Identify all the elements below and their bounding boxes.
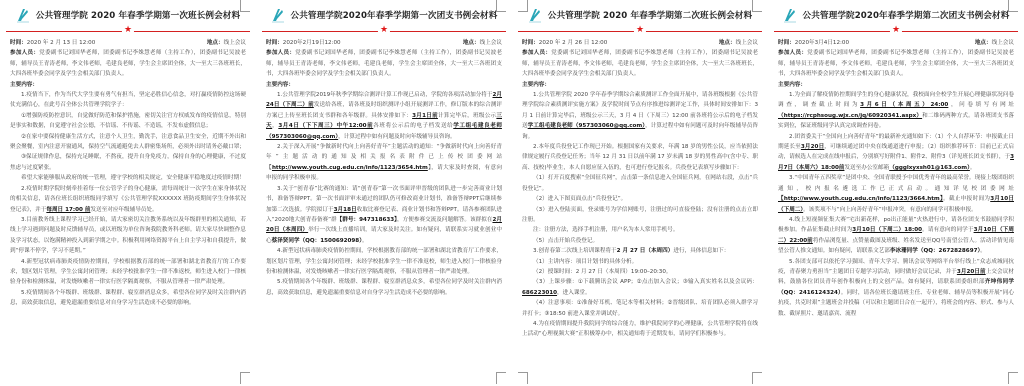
time-label: 时间： xyxy=(778,40,795,46)
paragraph: 3.关于“创青春”比赛的通知：请“创青春”第一次书面评审晋级的团队进一步完善商业… xyxy=(266,184,502,246)
page-title: 公共管理学院2020年春季学期第一次团支书例会材料 xyxy=(291,9,498,21)
deadline: 每周日 17:00 前 xyxy=(46,207,90,213)
meeting-time: 2020年3月4日12:00 xyxy=(795,40,849,46)
page-title: 公共管理学院 2020 年春季学期第一次班长例会材料 xyxy=(36,9,240,21)
paragraph: 4.新型冠状病毒肺炎疫情防控期间，学校根据教育部的统一部署和湖北省教育厅的工作要… xyxy=(10,257,246,288)
red-divider: ★ xyxy=(6,27,250,35)
school-logo-icon xyxy=(528,7,542,23)
page-header: 公共管理学院2020年春季学期第一次团支书例会材料 xyxy=(256,6,512,24)
paragraph: 希望大家能够服从政府的统一管理，遵守学校的相关规定，安全健康平稳地度过疫情时期！ xyxy=(10,173,246,183)
step: （1）主讲内容：项目计划书的具体分析。 xyxy=(522,257,758,267)
page-title: 公共管理学院2020年春季学期第二次团支书例会材料 xyxy=(803,9,1010,21)
paragraph: 2.团省委关于“全国向上向善好青年”的最新补充通知如下：（1）个人自荐环节：申报… xyxy=(778,132,1014,174)
paragraph: 4.为在疫情期间提升我院同学的综合能力，维护我院同学的心理健康，公共管理学院将在… xyxy=(522,319,758,340)
page-header: 公共管理学院 2020 年春季学期第一次班长例会材料 xyxy=(0,6,256,24)
meeting-time: 2020年2月19日12:00 xyxy=(283,40,341,46)
document-page-3: 公共管理学院 2020 年春季学期第二次班长例会材料 ★ 时间：2020 年 2… xyxy=(512,0,768,386)
page-body: 时间：2020年2月19日12:00 地点：线上会议 参加人员：党委副书记刘国华… xyxy=(266,38,502,298)
youth-website-link[interactable]: 【http://www.youth.cug.edu.cn/info/1123/3… xyxy=(778,196,943,202)
paragraph: 2.关于深入开展“争做新时代向上向善好青年”主题活动的通知：“争做新时代向上向善… xyxy=(266,142,502,184)
paragraph: 1.公共管理学院2019年秋季学期综合测评计算工作现已启动，学院的各项活动加分将… xyxy=(266,90,502,142)
meeting-place: 线上会议 xyxy=(224,40,246,46)
paragraph: 1.疫情当下，作为当代大学生要有勇气有担当，坚定必胜信心信念，对打赢疫情防控这场… xyxy=(10,90,246,111)
meeting-time: 2020 年 2 月 26 日 12:00 xyxy=(539,40,607,46)
survey-link[interactable]: （https://rcphsoug.wjx.cn/jq/60920341.asp… xyxy=(778,113,922,119)
paragraph: 1.公共管理学院 2020 学年春季学期综合素质测评工作全面开展中，请各班级根据… xyxy=(522,90,758,142)
office-email-link[interactable]: （ggglxyxsh01@163.com） xyxy=(889,165,970,171)
content-heading: 主要内容： xyxy=(778,80,1014,90)
place-label: 地点： xyxy=(463,40,480,46)
paragraph: ②在家中要保持健康生活方式，注意个人卫生，勤洗手，注意食品卫生安全，近期不外出和… xyxy=(10,132,246,153)
paragraph: 4.新型冠状病毒肺炎疫情防控期间，学校根据教育部的统一部署和湖北省教育厅工作要求… xyxy=(266,246,502,277)
time-label: 时间： xyxy=(266,40,283,46)
page-corner-mark xyxy=(1008,372,1018,384)
attendees: 参加人员：党委副书记刘国华老师，团委副书记李姝慧老师（主持工作），团委副书记吴波… xyxy=(266,48,502,79)
page-header: 公共管理学院 2020 年春季学期第二次班长例会材料 xyxy=(512,6,768,24)
place-label: 地点： xyxy=(719,40,736,46)
paragraph: 4.线上短视频征集大赛“宅出新花样，po出正能量”火热进行中，请各位团支书鼓励同… xyxy=(778,215,1014,257)
paragraph: ①增强防疫防控意识，自觉做好防范和保护措施，密切关注官方权威发布的疫情信息，特别… xyxy=(10,111,246,132)
contact-person: 李冰珊同学（QQ：2672828697） xyxy=(890,248,980,254)
page-corner-mark xyxy=(752,372,762,384)
red-divider: ★ xyxy=(774,27,1018,35)
step: （2）授课时间：2 月 27 日（本周四）19:00–20:30。 xyxy=(522,267,758,277)
place-label: 地点： xyxy=(975,40,992,46)
page-corner-mark xyxy=(496,372,506,384)
paragraph: 5.各团支部可以依托学习强国、青年大学习、腾讯会议等网络平台举行线上“众志成城同… xyxy=(778,257,1014,319)
content-heading: 主要内容： xyxy=(522,80,758,90)
page-header: 公共管理学院2020年春季学期第二次团支书例会材料 xyxy=(768,6,1024,24)
meeting-place: 线上会议 xyxy=(736,40,758,46)
meeting-time: 2020 年 2 月 13 日 12:00 xyxy=(27,40,95,46)
content-heading: 主要内容： xyxy=(266,80,502,90)
paragraph: 1.为全面了解疫情防控期间学生的身心健康状况，我校面向全校学生开展心理健康状况问… xyxy=(778,90,1014,132)
attendees: 参加人员：党委副书记刘国华老师，团委副书记李姝慧老师（主持工作），团委副书记吴波… xyxy=(778,48,1014,79)
paragraph: 2.本年度兵役登记工作现已开始。根据国家有关要求，年满 18 岁的男性公民，应当… xyxy=(522,142,758,173)
step: （3）进入登陆页面，登录账号为学信网账号，注册过的可直接登陆；没有注册的点击立即… xyxy=(522,205,758,226)
page-body: 时间：2020 年 2 月 13 日 12:00 地点：线上会议 参加人员：党委… xyxy=(10,38,246,309)
paragraph: 3.创青春第二次线上培训课程将于2 月 27 日（本周四）进行，具体信息如下： xyxy=(522,246,758,256)
time-label: 时间： xyxy=(10,40,27,46)
step: （1）打开百度搜索“全国征兵网”，点击第一条信息进入全国征兵网，在网站右段，点击… xyxy=(522,173,758,194)
step: 注：注册方法，选择手机注册，用户名为本人常用手机号。 xyxy=(522,225,758,235)
teacher-email-link[interactable]: 学工组毛建良老师（957303060@qq.com） xyxy=(528,123,645,129)
school-logo-icon xyxy=(271,7,285,23)
document-strip: 公共管理学院 2020 年春季学期第一次班长例会材料 ★ 时间：2020 年 2… xyxy=(0,0,1024,386)
group-number: 【群号：947318633】 xyxy=(337,217,397,223)
meta-row: 时间：2020 年 2 月 13 日 12:00 地点：线上会议 xyxy=(10,38,246,48)
star-icon: ★ xyxy=(122,26,134,35)
place-label: 地点： xyxy=(207,40,224,46)
youth-website-link[interactable]: http://www.youth.cug.edu.cn/info/1123/36… xyxy=(272,165,428,171)
contact-person: 蔡泽贤同学（QQ：1500692098） xyxy=(272,238,362,244)
star-icon: ★ xyxy=(890,26,902,35)
document-page-4: 公共管理学院2020年春季学期第二次团支书例会材料 ★ 时间：2020年3月4日… xyxy=(768,0,1024,386)
step: （2）进入下图页面点击“兵役登记”。 xyxy=(522,194,758,204)
paragraph: 2.疫情时期学院时刻牵挂着每一位公管学子的身心健康，需每周统计一次学生在家身体状… xyxy=(10,184,246,215)
school-logo-icon xyxy=(783,7,797,23)
paragraph: 3.“中国青年五四奖章”是团中央、全国青联授予中国优秀青年的最高荣誉。现接上级团… xyxy=(778,173,1014,215)
step: （3）上课步骤：①下载腾讯会议 APP；②点击加入会议；③输入真实姓名以及会议码… xyxy=(522,277,758,298)
page-corner-mark xyxy=(240,372,250,384)
page-body: 时间：2020 年 2 月 26 日 12:00 地点：线上会议 参加人员：党委… xyxy=(522,38,758,340)
meta-row: 时间：2020 年 2 月 26 日 12:00 地点：线上会议 xyxy=(522,38,758,48)
page-body: 时间：2020年3月4日12:00 地点：线上会议 参加人员：党委副书记刘国华老… xyxy=(778,38,1014,319)
star-icon: ★ xyxy=(634,26,646,35)
meeting-code: 686223010 xyxy=(522,290,557,296)
paragraph: 5.疫情期间各个年级群、班级群、课程群、寝室群消息众多，希望各位同学及时关注群内… xyxy=(266,277,502,298)
paragraph: 5.疫情期间各个年级群、班级群、课程群、寝室群消息众多，希望各位同学及时关注群内… xyxy=(10,288,246,309)
attendees: 参加人员：党委副书记刘国华老师，团委副书记李姝慧老师（主持工作），团委副书记吴波… xyxy=(10,48,246,79)
paragraph: ③保证规律作息，保持充足睡眠，不熬夜，提升自身免疫力，保持自身的心理健康，不过度… xyxy=(10,152,246,173)
red-divider: ★ xyxy=(518,27,762,35)
time-label: 时间： xyxy=(522,40,539,46)
step: （5）点击开始兵役登记。 xyxy=(522,236,758,246)
document-page-1: 公共管理学院 2020 年春季学期第一次班长例会材料 ★ 时间：2020 年 2… xyxy=(0,0,256,386)
page-title: 公共管理学院 2020 年春季学期第二次班长例会材料 xyxy=(548,9,752,21)
attendees: 参加人员：党委副书记刘国华老师，团委副书记李姝慧老师（主持工作），团委副书记吴波… xyxy=(522,48,758,79)
meeting-place: 线上会议 xyxy=(992,40,1014,46)
meta-row: 时间：2020年2月19日12:00 地点：线上会议 xyxy=(266,38,502,48)
star-icon: ★ xyxy=(378,26,390,35)
step: （4）注意事项：①准备好耳机、笔记本等相关材料；②晋级团队、培育团队必须入群学习… xyxy=(522,298,758,319)
content-heading: 主要内容： xyxy=(10,80,246,90)
paragraph: 3.目前教务线上课程学习已经开始，请大家密切关注教务系统以及年级群里的相关通知，… xyxy=(10,215,246,257)
school-logo-icon xyxy=(16,7,30,23)
document-page-2: 公共管理学院2020年春季学期第一次团支书例会材料 ★ 时间：2020年2月19… xyxy=(256,0,512,386)
page-corner-mark xyxy=(518,372,528,384)
red-divider: ★ xyxy=(262,27,506,35)
meta-row: 时间：2020年3月4日12:00 地点：线上会议 xyxy=(778,38,1014,48)
meeting-place: 线上会议 xyxy=(480,40,502,46)
